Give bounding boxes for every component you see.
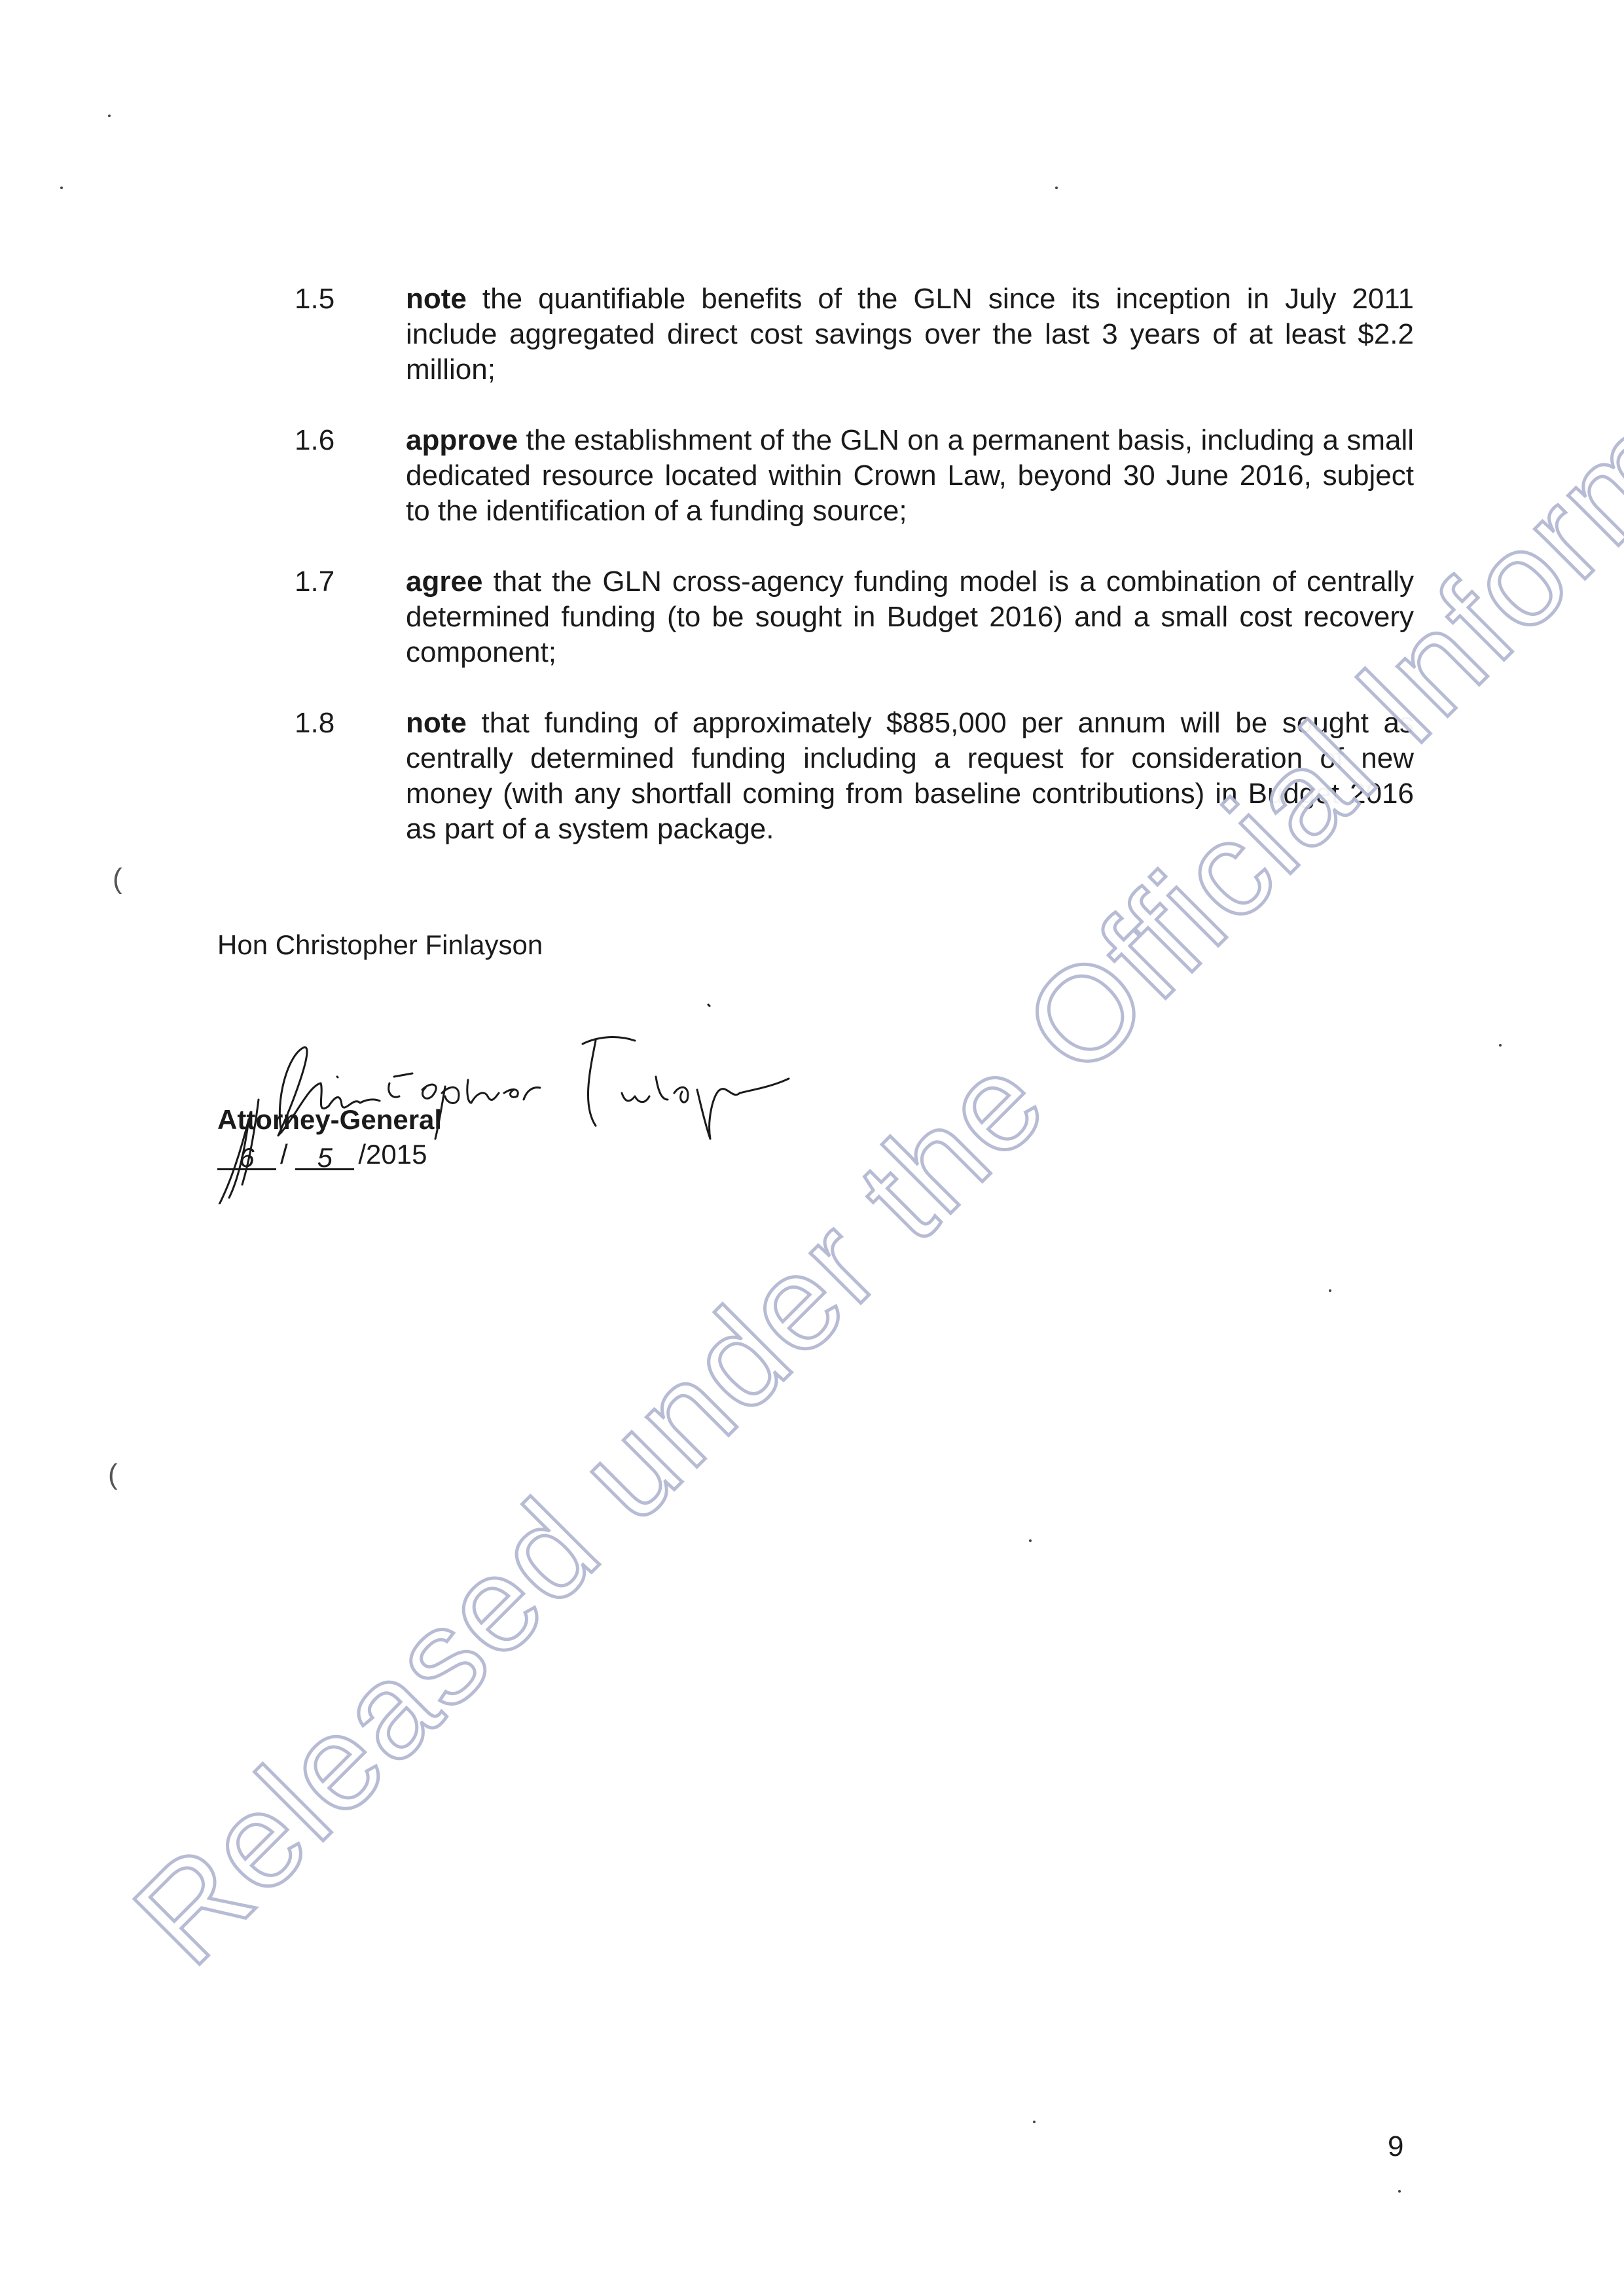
scan-speck	[1033, 2121, 1036, 2123]
date-year: /2015	[358, 1139, 427, 1170]
signature-date: 6/ 5/2015	[217, 1139, 427, 1170]
recommendation-verb: note	[406, 707, 467, 739]
recommendation-verb: note	[406, 283, 467, 315]
margin-paren-mark: (	[108, 1458, 118, 1491]
recommendation-text: note that funding of approximately $885,…	[406, 706, 1414, 847]
scan-speck	[60, 187, 63, 189]
date-month-field: 5	[295, 1142, 354, 1170]
document-page: 1.5 note the quantifiable benefits of th…	[0, 0, 1624, 2296]
recommendation-text: agree that the GLN cross-agency funding …	[406, 564, 1414, 670]
minister-name: Hon Christopher Finlayson	[217, 929, 543, 961]
recommendation-text: approve the establishment of the GLN on …	[406, 423, 1414, 529]
recommendation-verb: agree	[406, 565, 482, 598]
scan-speck	[108, 115, 111, 117]
page-number: 9	[1388, 2130, 1403, 2163]
scan-speck	[1329, 1289, 1331, 1292]
margin-paren-mark: (	[113, 863, 122, 895]
recommendation-text: note the quantifiable benefits of the GL…	[406, 281, 1414, 387]
recommendation-number: 1.6	[295, 423, 393, 458]
signatory-title: Attorney-General	[217, 1104, 442, 1136]
scan-speck	[1029, 1539, 1032, 1542]
recommendation-number: 1.7	[295, 564, 393, 600]
recommendation-number: 1.5	[295, 281, 393, 317]
recommendation-number: 1.8	[295, 706, 393, 741]
scan-speck	[1055, 187, 1058, 189]
date-day-field: 6	[217, 1142, 276, 1170]
scan-speck	[1499, 1044, 1502, 1047]
scan-speck	[1398, 2190, 1401, 2193]
recommendation-verb: approve	[406, 424, 518, 456]
